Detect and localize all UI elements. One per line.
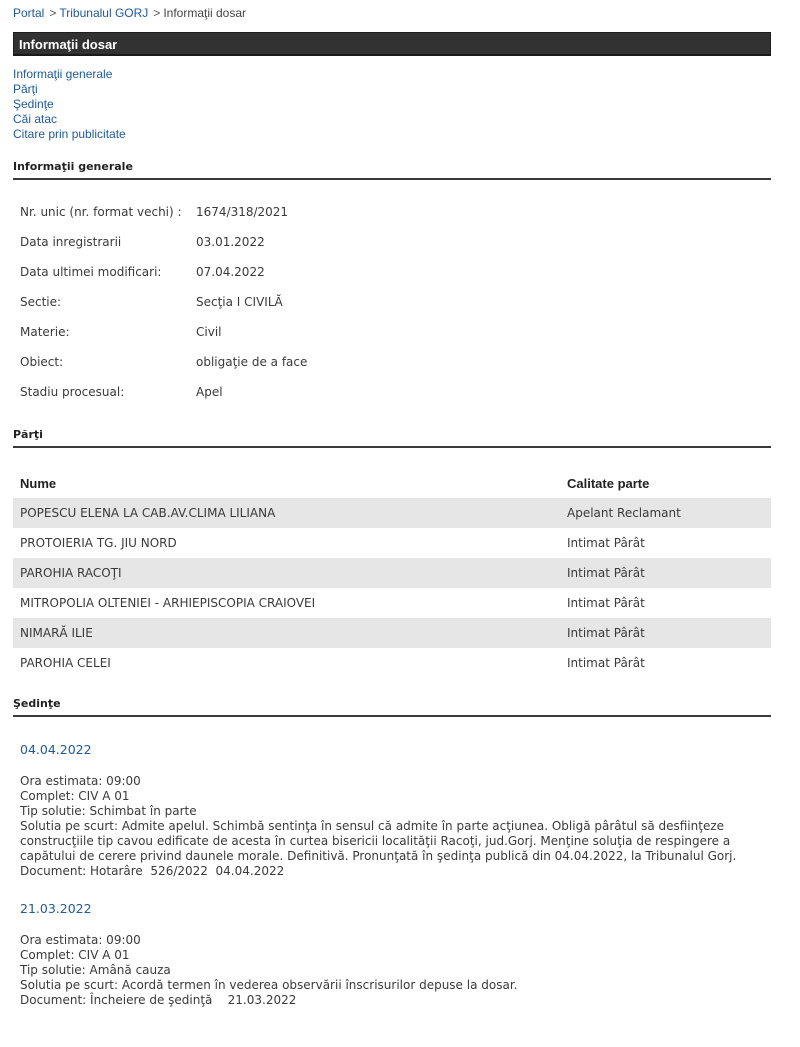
info-value: obligaţie de a face <box>196 355 307 385</box>
general-info-grid: Nr. unic (nr. format vechi) : 1674/318/2… <box>20 205 307 415</box>
session-panel: Complet: CIV A 01 <box>20 789 772 804</box>
info-row-last-modified: Data ultimei modificari: 07.04.2022 <box>20 265 307 295</box>
info-row-section: Sectie: Secţia I CIVILĂ <box>20 295 307 325</box>
breadcrumb: Portal>Tribunalul GORJ>Informaţii dosar <box>13 6 246 20</box>
session-document: Document: Hotarâre 526/2022 04.04.2022 <box>20 864 772 879</box>
party-role: Intimat Pârât <box>567 626 645 640</box>
column-header-name: Nume <box>13 476 567 491</box>
session-document: Document: Încheiere de şedinţă 21.03.202… <box>20 993 772 1008</box>
breadcrumb-separator: > <box>153 6 160 20</box>
party-role: Apelant Reclamant <box>567 506 681 520</box>
info-row-registration-date: Data inregistrarii 03.01.2022 <box>20 235 307 265</box>
breadcrumb-tribunal[interactable]: Tribunalul GORJ <box>59 6 148 20</box>
party-role: Intimat Pârât <box>567 566 645 580</box>
party-role: Intimat Pârât <box>567 596 645 610</box>
nav-link-parties[interactable]: Părţi <box>13 82 126 97</box>
info-label: Sectie: <box>20 295 196 325</box>
info-value: 1674/318/2021 <box>196 205 288 235</box>
party-role: Intimat Pârât <box>567 536 645 550</box>
table-row: NIMARĂ ILIE Intimat Pârât <box>13 618 771 648</box>
party-name: PROTOIERIA TG. JIU NORD <box>13 536 567 550</box>
section-heading-sessions: Şedinţe <box>13 697 771 717</box>
page-title-bar: Informaţii dosar <box>13 32 771 56</box>
party-name: MITROPOLIA OLTENIEI - ARHIEPISCOPIA CRAI… <box>13 596 567 610</box>
session-date: 04.04.2022 <box>20 742 772 758</box>
party-role: Intimat Pârât <box>567 656 645 670</box>
info-label: Obiect: <box>20 355 196 385</box>
info-value: Civil <box>196 325 221 355</box>
breadcrumb-portal[interactable]: Portal <box>13 6 44 20</box>
nav-link-appeals[interactable]: Căi atac <box>13 112 126 127</box>
session-item: 21.03.2022 Ora estimata: 09:00 Complet: … <box>20 901 772 1008</box>
info-value: 07.04.2022 <box>196 265 265 295</box>
info-value: 03.01.2022 <box>196 235 265 265</box>
info-label: Materie: <box>20 325 196 355</box>
session-date: 21.03.2022 <box>20 901 772 917</box>
breadcrumb-separator: > <box>49 6 56 20</box>
session-solution-type: Tip solutie: Schimbat în parte <box>20 804 772 819</box>
session-solution-summary: Solutia pe scurt: Admite apelul. Schimbă… <box>20 819 772 864</box>
section-nav: Informaţii generale Părţi Şedinţe Căi at… <box>13 67 126 142</box>
info-row-case-number: Nr. unic (nr. format vechi) : 1674/318/2… <box>20 205 307 235</box>
session-time: Ora estimata: 09:00 <box>20 933 772 948</box>
table-row: POPESCU ELENA LA CAB.AV.CLIMA LILIANA Ap… <box>13 498 771 528</box>
party-name: POPESCU ELENA LA CAB.AV.CLIMA LILIANA <box>13 506 567 520</box>
info-label: Data inregistrarii <box>20 235 196 265</box>
table-row: PAROHIA RACOŢI Intimat Pârât <box>13 558 771 588</box>
info-row-matter: Materie: Civil <box>20 325 307 355</box>
table-header: Nume Calitate parte <box>13 468 771 498</box>
page-title: Informaţii dosar <box>19 37 117 52</box>
party-name: PAROHIA CELEI <box>13 656 567 670</box>
session-solution-summary: Solutia pe scurt: Acordă termen în veder… <box>20 978 772 993</box>
party-name: PAROHIA RACOŢI <box>13 566 567 580</box>
nav-link-general-info[interactable]: Informaţii generale <box>13 67 126 82</box>
column-header-role: Calitate parte <box>567 476 649 491</box>
nav-link-public-summons[interactable]: Citare prin publicitate <box>13 127 126 142</box>
table-row: PAROHIA CELEI Intimat Pârât <box>13 648 771 678</box>
info-label: Data ultimei modificari: <box>20 265 196 295</box>
info-row-stage: Stadiu procesual: Apel <box>20 385 307 415</box>
info-label: Stadiu procesual: <box>20 385 196 415</box>
section-heading-parties: Părţi <box>13 428 771 448</box>
session-item: 04.04.2022 Ora estimata: 09:00 Complet: … <box>20 742 772 879</box>
info-value: Apel <box>196 385 223 415</box>
parties-table: Nume Calitate parte POPESCU ELENA LA CAB… <box>13 468 771 678</box>
session-panel: Complet: CIV A 01 <box>20 948 772 963</box>
table-row: PROTOIERIA TG. JIU NORD Intimat Pârât <box>13 528 771 558</box>
session-time: Ora estimata: 09:00 <box>20 774 772 789</box>
info-value: Secţia I CIVILĂ <box>196 295 283 325</box>
info-label: Nr. unic (nr. format vechi) : <box>20 205 196 235</box>
info-row-object: Obiect: obligaţie de a face <box>20 355 307 385</box>
party-name: NIMARĂ ILIE <box>13 626 567 640</box>
breadcrumb-current: Informaţii dosar <box>163 6 246 20</box>
section-heading-general-info: Informaţii generale <box>13 160 771 180</box>
table-row: MITROPOLIA OLTENIEI - ARHIEPISCOPIA CRAI… <box>13 588 771 618</box>
nav-link-sessions[interactable]: Şedinţe <box>13 97 126 112</box>
session-solution-type: Tip solutie: Amână cauza <box>20 963 772 978</box>
sessions-list: 04.04.2022 Ora estimata: 09:00 Complet: … <box>20 742 772 1030</box>
